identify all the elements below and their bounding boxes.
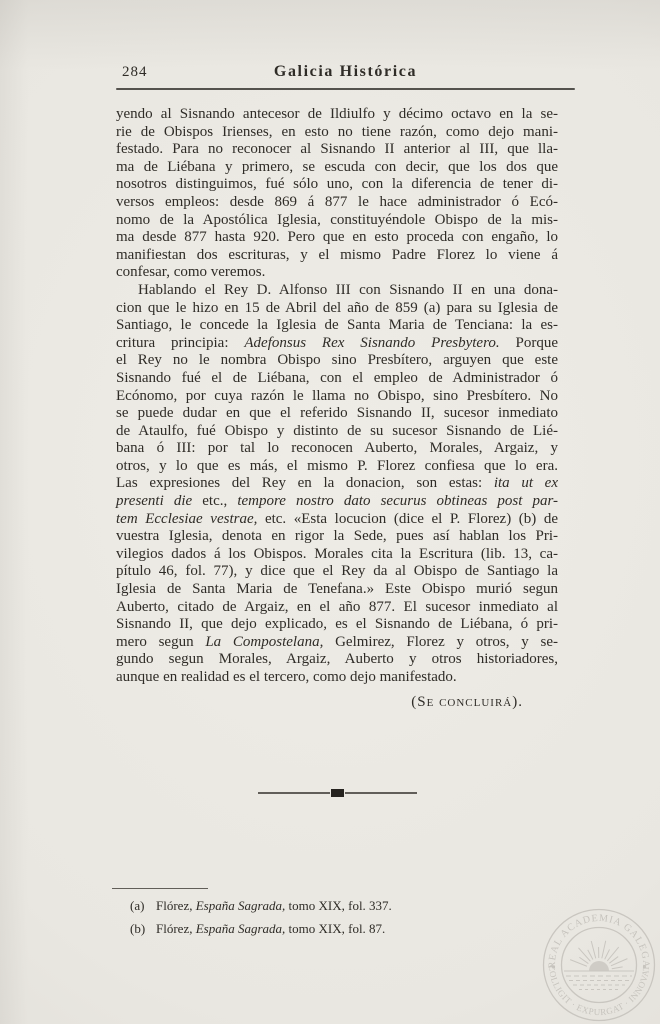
text-line: aunque en realidad es el tercero, como d… — [116, 669, 558, 687]
divider-line-left — [258, 792, 330, 794]
text-line: mero segun La Compostelana, Gelmirez, Fl… — [116, 634, 558, 652]
footnote-rule — [112, 888, 208, 889]
text-line: vuestra Iglesia, denota en rigor la Sede… — [116, 528, 558, 546]
text-line: ma desde 877 hasta 920. Pero que en esto… — [116, 229, 558, 247]
text-line: Sisnando fué el de Liébana, con el emple… — [116, 370, 558, 388]
text-line: festado. Para no reconocer al Sisnando I… — [116, 141, 558, 159]
text-line: nomo de la Apostólica Iglesia, constituy… — [116, 212, 558, 230]
text-line: presenti die etc., tempore nostro dato s… — [116, 493, 558, 511]
body-text: yendo al Sisnando antecesor de Ildiulfo … — [116, 106, 558, 687]
sun-over-sea-icon — [564, 941, 634, 990]
header-rule — [116, 88, 575, 90]
text-line: Iglesia de Santa Maria de Tenefana.» Est… — [116, 581, 558, 599]
text-line: se puede dudar en que el referido Sisnan… — [116, 405, 558, 423]
footnote: (a)Flórez, España Sagrada, tomo XIX, fol… — [130, 895, 550, 918]
text-line: bana ó III: por tal lo reconocen Auberto… — [116, 440, 558, 458]
footnotes: (a)Flórez, España Sagrada, tomo XIX, fol… — [130, 895, 550, 940]
text-line: ma de Liébana y primero, se escuda con d… — [116, 159, 558, 177]
text-line: rie de Obispos Irienses, en esto no tien… — [116, 124, 558, 142]
text-line: nosotros distinguimos, fué sólo uno, con… — [116, 176, 558, 194]
page-header: 284 Galicia Histórica — [116, 63, 575, 85]
text-line: gundo segun Morales, Argaiz, Auberto y o… — [116, 651, 558, 669]
text-line: Las expresiones del Rey en la donacion, … — [116, 475, 558, 493]
text-line: de Ataulfo, fué Obispo y distinto de su … — [116, 423, 558, 441]
section-divider — [116, 789, 558, 797]
text-line: pítulo 46, fol. 77), y dice que el Rey d… — [116, 563, 558, 581]
svg-text:REAL ACADEMIA GALEGA: REAL ACADEMIA GALEGA — [547, 913, 651, 969]
watermark-top-text: REAL ACADEMIA GALEGA — [547, 913, 651, 969]
scanned-page: 284 Galicia Histórica yendo al Sisnando … — [0, 0, 660, 1024]
text-line: critura principia: Adefonsus Rex Sisnand… — [116, 335, 558, 353]
text-line: cion que le hizo en 15 de Abril del año … — [116, 300, 558, 318]
footnote: (b)Flórez, España Sagrada, tomo XIX, fol… — [130, 918, 550, 941]
footnote-label: (a) — [130, 895, 156, 918]
text-line: otros, y lo que es más, el mismo P. Flor… — [116, 458, 558, 476]
footnote-label: (b) — [130, 918, 156, 941]
text-line: vilegios dados á los Obispos. Morales ci… — [116, 546, 558, 564]
text-line: versos empleos: desde 869 á 877 le hace … — [116, 194, 558, 212]
journal-title: Galicia Histórica — [116, 63, 575, 81]
text-line: tem Ecclesiae vestrae, etc. «Esta locuci… — [116, 511, 558, 529]
text-line: yendo al Sisnando antecesor de Ildiulfo … — [116, 106, 558, 124]
closing-note: (Se concluirá). — [116, 694, 558, 711]
text-line: Sisnando II, que dejo explicado, es el S… — [116, 616, 558, 634]
text-line: confesar, como veremos. — [116, 264, 558, 282]
sun-disc — [589, 961, 609, 971]
divider-line-right — [345, 792, 417, 794]
watermark-seal: REAL ACADEMIA GALEGA COLLIGIT · EXPURGAT… — [537, 903, 660, 1024]
divider-square-icon — [331, 789, 344, 797]
text-line: Auberto, citado de Argaiz, en el año 877… — [116, 599, 558, 617]
page-number: 284 — [122, 64, 148, 81]
text-line: Santiago, le concede la Iglesia de Santa… — [116, 317, 558, 335]
text-line: manifiestan dos escrituras, y el mismo P… — [116, 247, 558, 265]
text-line: el Rey no le nombra Obispo sino Presbíte… — [116, 352, 558, 370]
text-line: Hablando el Rey D. Alfonso III con Sisna… — [116, 282, 558, 300]
text-line: Ecónomo, por cuya razón le llama no Obis… — [116, 388, 558, 406]
